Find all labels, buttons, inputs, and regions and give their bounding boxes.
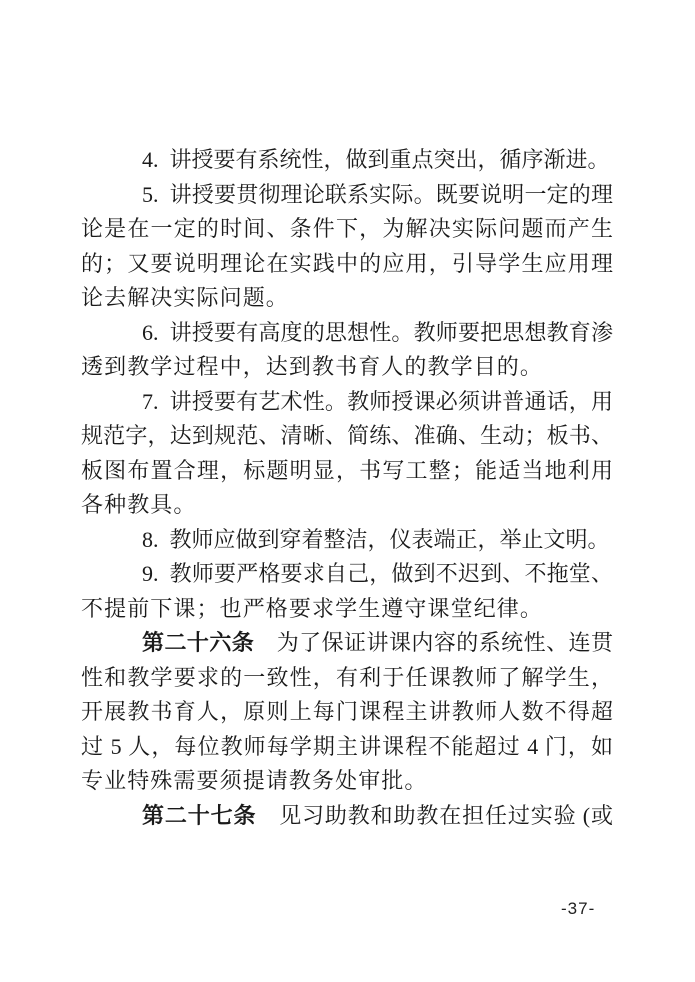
page-number: -37-	[561, 899, 595, 919]
text-line: 6. 讲授要有高度的思想性。教师要把思想教育渗	[81, 316, 613, 351]
text-line: 透到教学过程中，达到教书育人的教学目的。	[81, 350, 613, 385]
text-line: 过 5 人，每位教师每学期主讲课程不能超过 4 门，如	[81, 730, 613, 765]
text-line: 不提前下课；也严格要求学生遵守课堂纪律。	[81, 592, 613, 627]
text-line: 第二十六条 为了保证讲课内容的系统性、连贯	[81, 626, 613, 661]
text-line: 论去解决实际问题。	[81, 281, 613, 316]
line-text: 论是在一定的时间、条件下，为解决实际问题而产生	[81, 216, 613, 241]
line-text: 4. 讲授要有系统性，做到重点突出，循序渐进。	[142, 147, 610, 172]
line-text: 性和教学要求的一致性，有利于任课教师了解学生，	[81, 665, 613, 690]
line-text: 规范字，达到规范、清晰、简练、准确、生动；板书、	[81, 423, 613, 448]
line-text: 过 5 人，每位教师每学期主讲课程不能超过 4 门，如	[81, 734, 613, 759]
text-line: 专业特殊需要须提请教务处审批。	[81, 764, 613, 799]
line-text: 透到教学过程中，达到教书育人的教学目的。	[81, 354, 543, 379]
article-number-label: 第二十七条	[142, 803, 256, 828]
text-line: 论是在一定的时间、条件下，为解决实际问题而产生	[81, 212, 613, 247]
text-line: 第二十七条 见习助教和助教在担任过实验 (或	[81, 799, 613, 834]
line-text: 板图布置合理，标题明显，书写工整；能适当地利用	[81, 458, 613, 483]
text-line: 5. 讲授要贯彻理论联系实际。既要说明一定的理	[81, 178, 613, 213]
text-line: 各种教具。	[81, 488, 613, 523]
document-body: 4. 讲授要有系统性，做到重点突出，循序渐进。 5. 讲授要贯彻理论联系实际。既…	[81, 143, 613, 833]
line-text: 各种教具。	[81, 492, 197, 517]
line-text: 开展教书育人，原则上每门课程主讲教师人数不得超	[81, 699, 613, 724]
line-text: 论去解决实际问题。	[81, 285, 289, 310]
text-line: 板图布置合理，标题明显，书写工整；能适当地利用	[81, 454, 613, 489]
text-line: 性和教学要求的一致性，有利于任课教师了解学生，	[81, 661, 613, 696]
document-page: 4. 讲授要有系统性，做到重点突出，循序渐进。 5. 讲授要贯彻理论联系实际。既…	[0, 0, 695, 982]
line-text: 7. 讲授要有艺术性。教师授课必须讲普通话，用	[142, 389, 613, 414]
article-number-label: 第二十六条	[142, 630, 254, 655]
text-line: 9. 教师要严格要求自己，做到不迟到、不拖堂、	[81, 557, 613, 592]
text-line: 的；又要说明理论在实践中的应用，引导学生应用理	[81, 247, 613, 282]
text-line: 8. 教师应做到穿着整洁，仪表端正，举止文明。	[81, 523, 613, 558]
line-text: 见习助教和助教在担任过实验 (或	[256, 803, 613, 828]
line-text: 9. 教师要严格要求自己，做到不迟到、不拖堂、	[142, 561, 613, 586]
text-line: 规范字，达到规范、清晰、简练、准确、生动；板书、	[81, 419, 613, 454]
text-line: 开展教书育人，原则上每门课程主讲教师人数不得超	[81, 695, 613, 730]
text-line: 4. 讲授要有系统性，做到重点突出，循序渐进。	[81, 143, 613, 178]
line-text: 为了保证讲课内容的系统性、连贯	[254, 630, 613, 655]
line-text: 6. 讲授要有高度的思想性。教师要把思想教育渗	[142, 320, 613, 345]
line-text: 不提前下课；也严格要求学生遵守课堂纪律。	[81, 596, 543, 621]
line-text: 5. 讲授要贯彻理论联系实际。既要说明一定的理	[142, 182, 613, 207]
line-text: 8. 教师应做到穿着整洁，仪表端正，举止文明。	[142, 527, 610, 552]
line-text: 的；又要说明理论在实践中的应用，引导学生应用理	[81, 251, 613, 276]
text-line: 7. 讲授要有艺术性。教师授课必须讲普通话，用	[81, 385, 613, 420]
line-text: 专业特殊需要须提请教务处审批。	[81, 768, 428, 793]
